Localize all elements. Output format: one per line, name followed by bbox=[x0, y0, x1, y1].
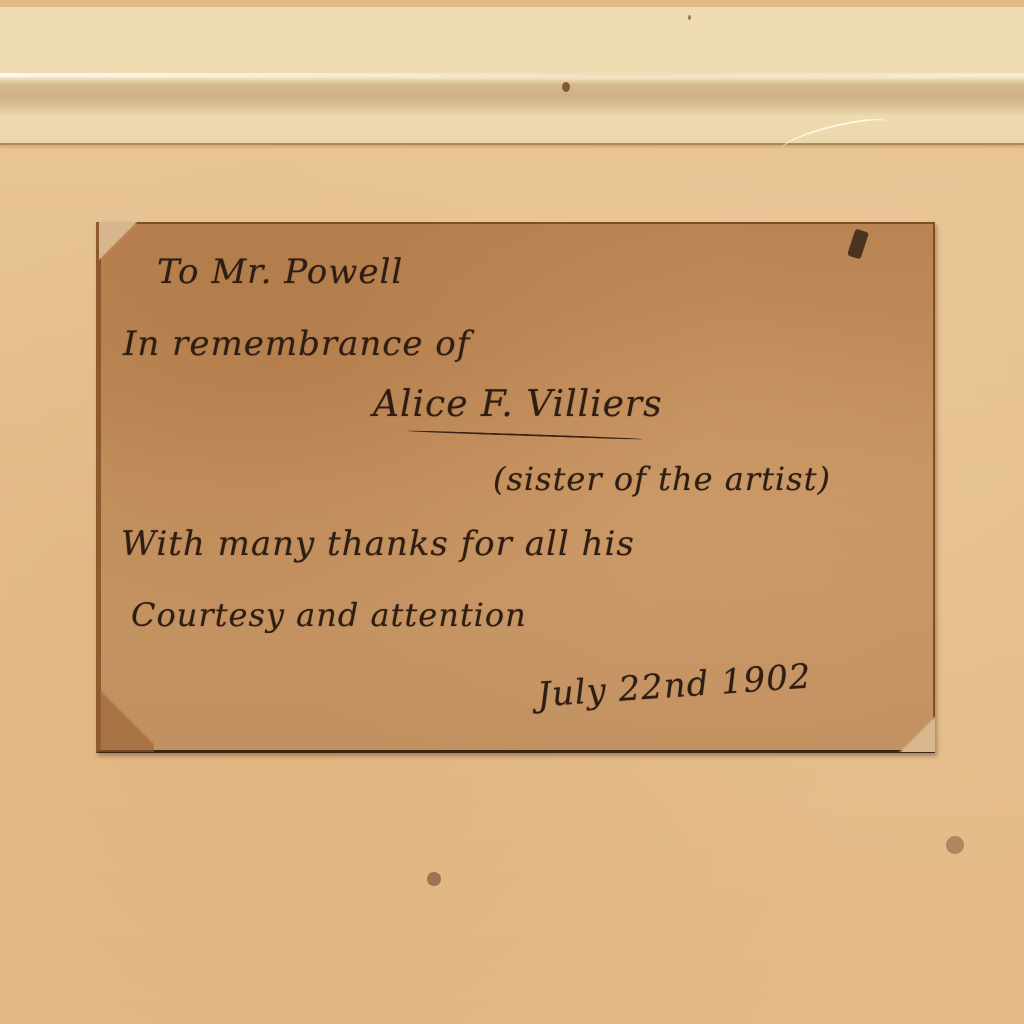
paper-speck bbox=[946, 836, 964, 854]
courtesy-line: Courtesy and attention bbox=[131, 596, 527, 634]
card-worn-corner-top-left bbox=[99, 222, 137, 260]
card-worn-corner-bottom-left bbox=[99, 682, 154, 752]
name-underline bbox=[407, 430, 643, 440]
paper-speck bbox=[688, 15, 691, 20]
tape-tear bbox=[779, 114, 891, 158]
paper-speck bbox=[427, 872, 441, 886]
tape-nail-hole bbox=[562, 82, 570, 92]
remembrance-line: In remembrance of bbox=[123, 324, 470, 364]
dedication-card: To Mr. Powell In remembrance of Alice F.… bbox=[96, 222, 935, 753]
thanks-line: With many thanks for all his bbox=[121, 524, 635, 564]
card-tear-mark bbox=[847, 229, 869, 260]
masking-tape-strip bbox=[0, 7, 1024, 145]
card-worn-corner-bottom-right bbox=[875, 702, 935, 752]
tape-fold-line bbox=[0, 73, 1024, 77]
relation-note: (sister of the artist) bbox=[493, 460, 831, 498]
salutation-line: To Mr. Powell bbox=[157, 252, 403, 292]
date-line: July 22nd 1902 bbox=[536, 656, 813, 715]
signed-name: Alice F. Villiers bbox=[373, 384, 663, 425]
